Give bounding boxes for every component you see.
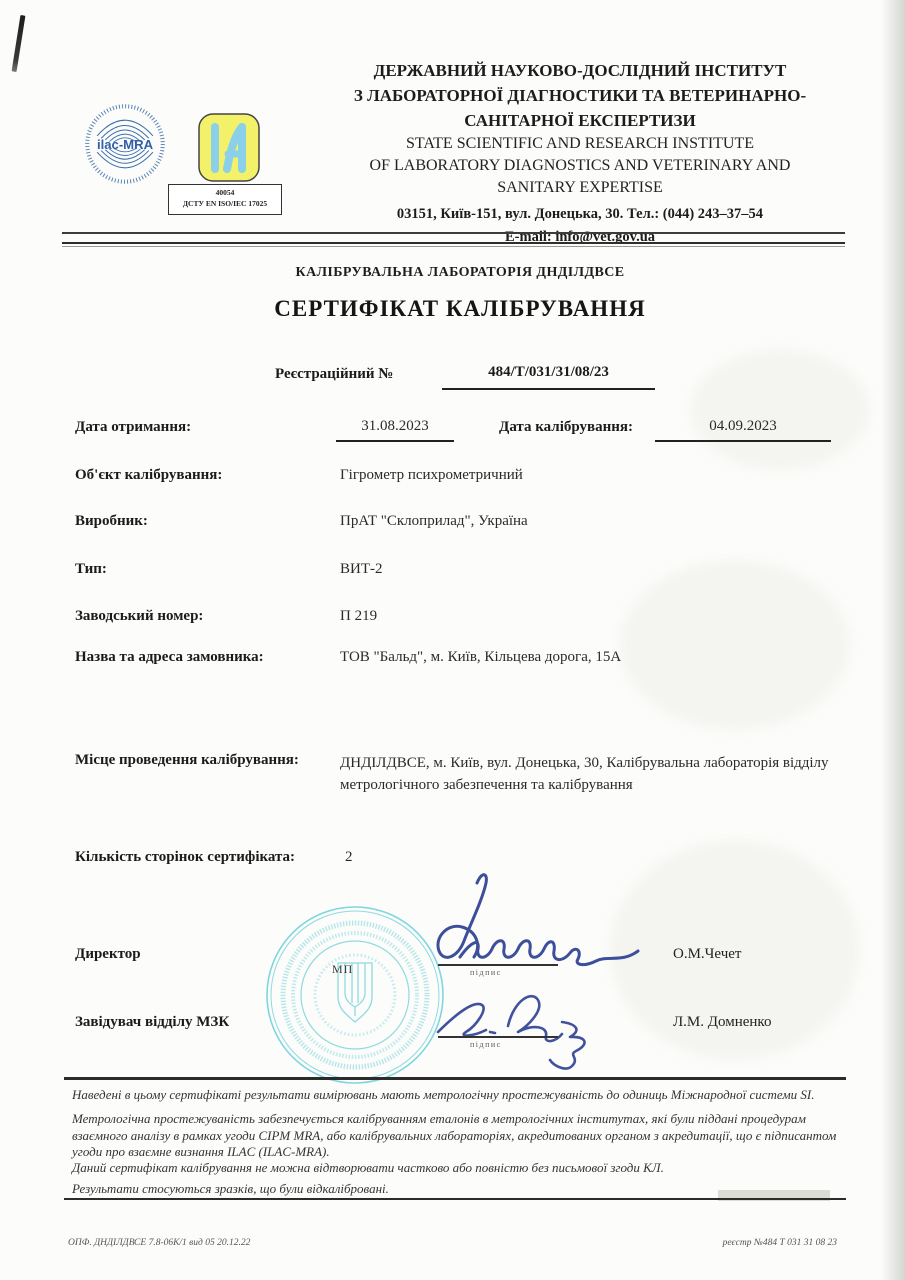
org-name-uk-line: САНІТАРНОЇ ЕКСПЕРТИЗИ	[320, 108, 840, 133]
date-received-value: 31.08.2023	[339, 418, 451, 435]
header-divider	[62, 246, 845, 247]
org-name-uk-line: ДЕРЖАВНИЙ НАУКОВО-ДОСЛІДНИЙ ІНСТИТУТ	[320, 58, 840, 83]
signatory-name: Л.М. Домненко	[673, 1014, 771, 1031]
date-received-underline	[336, 440, 454, 442]
date-received-label: Дата отримання:	[75, 419, 191, 436]
field-value: 2	[345, 849, 353, 866]
date-calibration-label: Дата калібрування:	[499, 419, 633, 436]
org-address: 03151, Київ-151, вул. Донецька, 30. Тел.…	[320, 203, 840, 226]
disclaimer-top-rule	[64, 1077, 846, 1080]
ilac-mra-text: ilac-MRA	[97, 137, 154, 152]
org-name-en-line: STATE SCIENTIFIC AND RESEARCH INSTITUTE	[320, 133, 840, 155]
disclaimer-paragraph: Метрологічна простежуваність забезпечуєт…	[72, 1111, 862, 1161]
field-label: Назва та адреса замовника:	[75, 649, 264, 666]
naau-accreditation-logo-icon	[197, 112, 261, 183]
registration-number: 484/Т/031/31/08/23	[442, 364, 655, 381]
registry-number: реєстр №484 Т 031 31 08 23	[723, 1238, 837, 1248]
org-name-en-line: SANITARY EXPERTISE	[320, 177, 840, 199]
accreditation-certificate-box: 40054 ДСТУ EN ISO/IEC 17025	[168, 184, 282, 215]
date-calibration-value: 04.09.2023	[658, 418, 828, 435]
calibration-certificate-scan: ilac-MRA 40054 ДСТУ EN ISO/IEC 17025 ДЕР…	[0, 0, 905, 1280]
disclaimer-bottom-rule	[64, 1198, 846, 1200]
accreditation-number: 40054	[169, 187, 281, 198]
registration-label: Реєстраційний №	[275, 366, 393, 383]
signature-caption: підпис	[470, 1040, 502, 1049]
director-signature	[420, 865, 660, 980]
signature-line	[438, 964, 558, 966]
signature-caption: підпис	[470, 968, 502, 977]
field-label: Місце проведення калібрування:	[75, 752, 299, 769]
date-calibration-underline	[655, 440, 831, 442]
bleed-through-smudge	[690, 350, 870, 470]
header-divider	[62, 232, 845, 234]
scan-edge-shadow	[881, 0, 905, 1280]
registration-underline	[442, 388, 655, 390]
field-label: Кількість сторінок сертифіката:	[75, 849, 295, 866]
staple-mark	[12, 15, 26, 72]
signature-line	[438, 1036, 558, 1038]
seal-place-label: МП	[332, 962, 353, 977]
field-value: Гігрометр психрометричний	[340, 467, 523, 484]
form-code: ОПФ. ДНДІЛДВСЕ 7.8-06К/1 вид 05 20.12.22	[68, 1238, 250, 1248]
bleed-through-smudge	[620, 560, 850, 730]
institute-header: ДЕРЖАВНИЙ НАУКОВО-ДОСЛІДНИЙ ІНСТИТУТ З Л…	[320, 58, 840, 249]
field-label: Тип:	[75, 561, 107, 578]
certificate-title: СЕРТИФІКАТ КАЛІБРУВАННЯ	[70, 296, 850, 322]
department-head-signature	[430, 982, 600, 1077]
signatory-title: Директор	[75, 946, 141, 963]
field-value: П 219	[340, 608, 377, 625]
field-label: Заводський номер:	[75, 608, 203, 625]
field-label: Виробник:	[75, 513, 148, 530]
org-name-en-line: OF LABORATORY DIAGNOSTICS AND VETERINARY…	[320, 155, 840, 177]
field-value: ДНДІЛДВСЕ, м. Київ, вул. Донецька, 30, К…	[340, 752, 848, 796]
signatory-name: О.М.Чечет	[673, 946, 741, 963]
disclaimer-paragraph: Результати стосуються зразків, що були в…	[72, 1181, 862, 1198]
signatory-title: Завідувач відділу МЗК	[75, 1014, 229, 1031]
ilac-mra-logo-icon: ilac-MRA	[84, 101, 166, 187]
accreditation-standard: ДСТУ EN ISO/IEC 17025	[169, 198, 281, 209]
field-value: ТОВ "Бальд", м. Київ, Кільцева дорога, 1…	[340, 649, 621, 666]
field-label: Об'єкт калібрування:	[75, 467, 222, 484]
laboratory-name: КАЛІБРУВАЛЬНА ЛАБОРАТОРІЯ ДНДІЛДВСЕ	[70, 265, 850, 281]
disclaimer-paragraph: Наведені в цьому сертифікаті результати …	[72, 1087, 862, 1104]
header-divider	[62, 242, 845, 244]
field-value: ВИТ-2	[340, 561, 383, 578]
disclaimer-paragraph: Даний сертифікат калібрування не можна в…	[72, 1160, 862, 1177]
org-name-uk-line: З ЛАБОРАТОРНОЇ ДІАГНОСТИКИ ТА ВЕТЕРИНАРН…	[320, 83, 840, 108]
field-value: ПрАТ "Склоприлад", Україна	[340, 513, 528, 530]
